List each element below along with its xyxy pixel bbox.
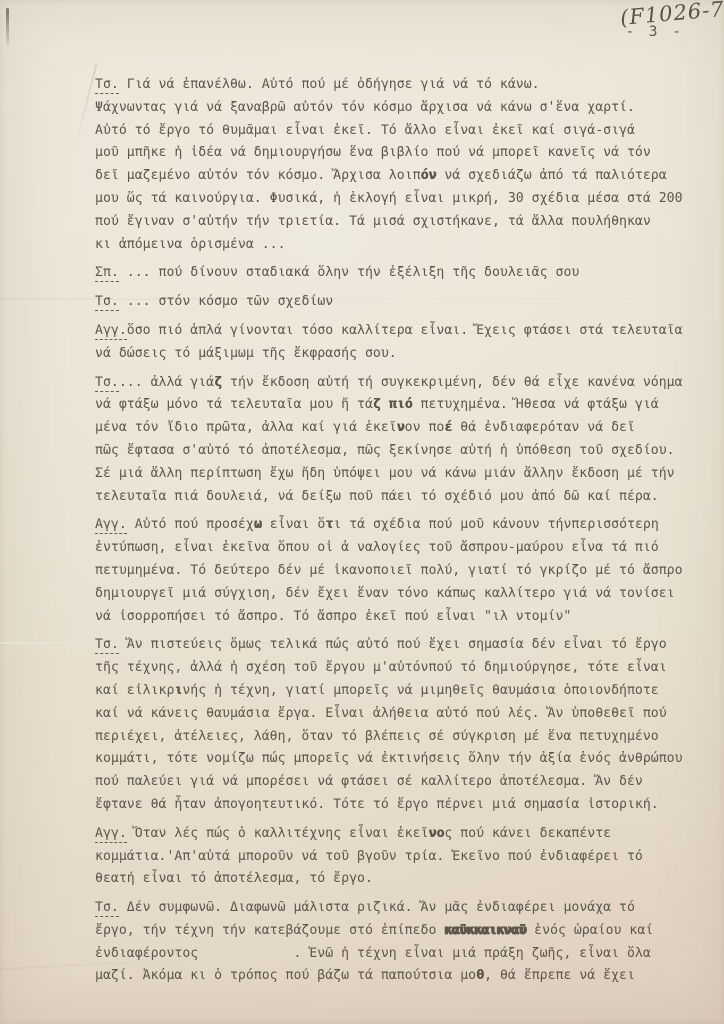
crossed-out-word: καϋκκαικναϋ: [444, 923, 526, 938]
overstruck-characters: έ: [444, 420, 452, 435]
overstruck-characters: ω: [254, 517, 262, 532]
paragraph-line: δεῖ μαζεμένο αὐτόν τόν κόσμο. Ἄρχισα λοι…: [95, 168, 667, 183]
paragraph-line: Αὐτό πού προσέχω εἶναι ὅτι τά σχέδια πού…: [127, 517, 659, 532]
paper-crease: [73, 63, 98, 156]
speaker-label: Τσ.: [95, 900, 119, 917]
paragraph-line: μου ὥς τά καινούργια. Φυσικά, ἡ ἐκλογή ε…: [95, 191, 683, 206]
paper-edge-mark: [6, 8, 9, 46]
paragraph-line: ἔφτανε θά ἦταν ἀπογοητευτικό. Τότε τό ἔρ…: [95, 797, 659, 812]
overstruck-characters: όν: [421, 168, 437, 183]
paragraph-line: καί εἰλικρινής ἡ τέχνη, γιατί μπορεῖς νά…: [95, 683, 659, 698]
paragraph-line: πού παλεύει γιά νά μπορέσει νά φτάσει σέ…: [95, 774, 643, 789]
paragraph-line: θεατή εἶναι τό ἀποτέλεσμα, τό ἔργο.: [95, 871, 373, 886]
overstruck-characters: ν: [397, 420, 405, 435]
paragraph: Τσ. Ἄν πιστεύεις ὅμως τελικά πώς αὐτό πο…: [95, 634, 719, 816]
paragraph-line: ἐνδιαφέροντος . Ἐνῶ ἡ τέχνη εἶναι μιά πρ…: [95, 946, 651, 961]
paragraph-line: τῆς τέχνης, ἀλλά ἡ σχέση τοῦ ἔργου μ'αὐτ…: [95, 660, 667, 675]
paragraph-line: Ἄν πιστεύεις ὅμως τελικά πώς αὐτό πού ἔχ…: [119, 637, 667, 652]
paragraph-line: μένα τόν ἴδιο πρῶτα, ἀλλα καί γιά ἐκεῖνο…: [95, 420, 635, 435]
paragraph: Τσ.... ἀλλά γιάζ τήν ἔκδοση αὐτή τή συγκ…: [95, 372, 719, 509]
speaker-label: Αγγ.: [95, 517, 127, 534]
paragraph-line: νά φτάξω μόνο τά τελευταῖα μου ἤ τάζ πιό…: [95, 397, 659, 412]
paragraph-line: πού ἔγιναν σ'αὐτήν τήν τριετία. Τά μισά …: [95, 214, 651, 229]
speaker-label: Σπ.: [95, 265, 119, 282]
typescript-body: Τσ. Γιά νά ἐπανέλθω. Αὐτό πού μέ ὀδήγησε…: [95, 74, 719, 994]
paragraph: Τσ. Δέν συμφωνῶ. Διαφωνῶ μάλιστα ριζικά.…: [95, 897, 719, 988]
paragraph: Τσ. ... στόν κόσμο τῶν σχεδίων: [95, 291, 719, 314]
overstruck-characters: νο: [428, 826, 444, 841]
paragraph-line: πετυμημένα. Τό δεύτερο δέν μέ ἱκανοποιεῖ…: [95, 563, 683, 578]
paragraph-line: μαζί. Ἀκόμα κι ὁ τρόπος πού βάζω τά παπο…: [95, 968, 635, 983]
paragraph-line: καί νά κάνεις θαυμάσια ἔργα. Εἶναι ἀλήθε…: [95, 706, 667, 721]
speaker-label: Αγγ.: [95, 826, 127, 843]
paragraph-line: Ὅταν λές πώς ὁ καλλιτέχνης εἶναι ἐκεῖνος…: [127, 826, 611, 841]
paragraph: Τσ. Γιά νά ἐπανέλθω. Αὐτό πού μέ ὀδήγησε…: [95, 74, 719, 256]
paragraph-line: μοῦ μπῆκε ἡ ἰδέα νά δημιουργήσω ἕνα βιβλ…: [95, 145, 651, 160]
paragraph-line: πῶς ἔφτασα σ'αὐτό τό ἀποτέλεσμα, πῶς ξεκ…: [95, 443, 675, 458]
overstruck-characters: θ: [476, 968, 484, 983]
paragraph-line: τελευταῖα πιά δουλειά, νά δείξω ποῦ πάει…: [95, 489, 659, 504]
paragraph-line: ... στόν κόσμο τῶν σχεδίων: [119, 294, 333, 309]
paragraph-line: ... πού δίνουν σταδιακά ὅλην τήν ἐξέλιξη…: [119, 265, 580, 280]
speaker-label: Τσ.: [95, 637, 119, 654]
speaker-label: Τσ.: [95, 77, 119, 94]
paragraph-line: νά ἰσορροπήσει τό ἄσπρο. Τό ἄσπρο ἐκεῖ π…: [95, 609, 571, 624]
paragraph-line: ὅσο πιό ἁπλά γίνονται τόσο καλλίτερα εἶν…: [127, 323, 683, 338]
speaker-label: Τσ.: [95, 375, 119, 392]
paragraph-line: νά δώσεις τό μάξιμωμ τῆς ἔκφρασής σου.: [95, 346, 397, 361]
paragraph-line: δημιουργεῖ μιά σύγχιση, δέν ἔχει ἕναν τό…: [95, 586, 675, 601]
page-number: - 3 -: [625, 24, 684, 40]
paragraph: Σπ. ... πού δίνουν σταδιακά ὅλην τήν ἐξέ…: [95, 262, 719, 285]
overstruck-characters: τ: [325, 517, 333, 532]
paragraph-line: Σέ μιά ἄλλη περίπτωση ἔχω ἤδη ὑπόψει μου…: [95, 466, 675, 481]
overstruck-characters: ζ: [214, 375, 222, 390]
paragraph: Αγγ. Ὅταν λές πώς ὁ καλλιτέχνης εἶναι ἐκ…: [95, 823, 719, 891]
paragraph-line: ἐντύπωση, εἶναι ἐκεῖνα ὅπου οἱ ἀ ναλογίε…: [95, 540, 659, 555]
paragraph-line: Δέν συμφωνῶ. Διαφωνῶ μάλιστα ριζικά. Ἄν …: [119, 900, 635, 915]
overstruck-characters: ζ πιό: [373, 397, 413, 412]
paragraph-line: κομμάτι, τότε νομίζω πώς μπορεῖς νά ἐκτι…: [95, 751, 683, 766]
paragraph-line: Ψάχνωντας γιά νά ξαναβρῶ αὐτόν τόν κόσμο…: [95, 100, 635, 115]
speaker-label: Αγγ.: [95, 323, 127, 340]
paragraph-line: Αὐτό τό ἔργο τό θυμᾶμαι εἶναι ἐκεῖ. Τό ἄ…: [95, 123, 635, 138]
speaker-label: Τσ.: [95, 294, 119, 311]
paragraph-line: κι ἀπόμεινα ὁρισμένα ...: [95, 237, 286, 252]
paragraph-line: Γιά νά ἐπανέλθω. Αὐτό πού μέ ὀδήγησε γιά…: [119, 77, 540, 92]
paragraph-line: ... ἀλλά γιάζ τήν ἔκδοση αὐτή τή συγκεκρ…: [119, 375, 683, 390]
overstruck-characters: ι: [174, 683, 182, 698]
paragraph-line: κομμάτια.'Απ'αὐτά μποροῦν νά τοῦ βγοῦν τ…: [95, 849, 643, 864]
paragraph: Αγγ. Αὐτό πού προσέχω εἶναι ὅτι τά σχέδι…: [95, 514, 719, 628]
paragraph-line: περιέχει, ἀτέλειες, λάθη, ὅταν τό βλέπει…: [95, 729, 659, 744]
paragraph: Αγγ.ὅσο πιό ἁπλά γίνονται τόσο καλλίτερα…: [95, 320, 719, 366]
scanned-typescript-page: (F1026-7) - 3 - Τσ. Γιά νά ἐπανέλθω. Αὐτ…: [0, 0, 724, 1024]
paragraph-line: ἔργο, τήν τέχνη τήν κατεβάζουμε στό ἐπίπ…: [95, 923, 653, 938]
